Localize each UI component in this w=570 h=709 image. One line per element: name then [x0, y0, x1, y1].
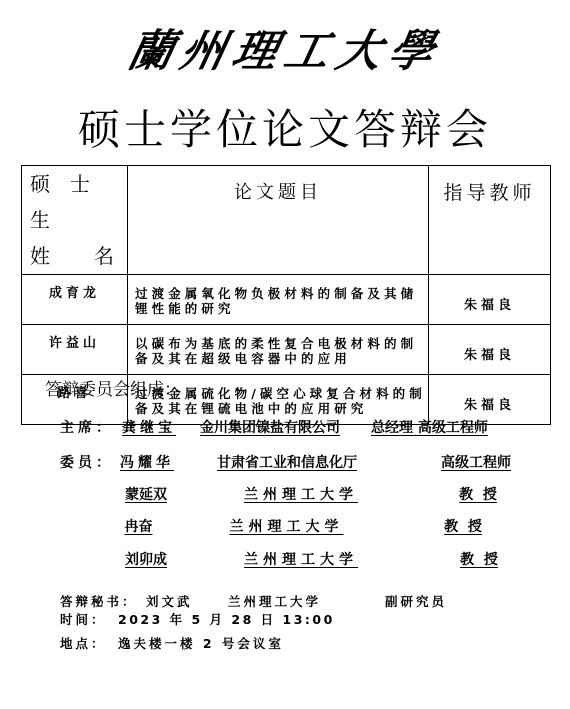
member-name: 刘卯成 [109, 549, 183, 569]
member-title: 教 授 [427, 516, 499, 536]
header-char: 名 [94, 238, 114, 274]
header-char: 生 [30, 208, 70, 232]
thesis-topic: 以碳布为基底的柔性复合电极材料的制备及其在超级电容器中的应用 [128, 325, 429, 375]
table-row: 许益山 以碳布为基底的柔性复合电极材料的制备及其在超级电容器中的应用 朱福良 [22, 325, 551, 375]
table-row: 成育龙 过渡金属氧化物负极材料的制备及其储锂性能的研究 朱福良 [22, 275, 551, 325]
member-name: 蒙延双 [109, 484, 183, 504]
header-char: 士 [70, 172, 110, 196]
member-title: 教 授 [442, 484, 514, 504]
secretary-title: 副研究员 [385, 592, 447, 610]
chair-label: 主席： [60, 417, 114, 437]
chair-org: 金川集团镍盐有限公司 [200, 417, 340, 437]
student-name: 成育龙 [22, 275, 128, 325]
university-logo: 蘭州理工大學 [0, 22, 570, 82]
member-title: 高级工程师 [441, 452, 511, 472]
header-char: 姓 [30, 238, 50, 274]
advisor-name: 朱福良 [429, 325, 551, 375]
member-org: 兰州理工大学 [176, 516, 397, 536]
header-student-name: 硕士生 姓名 [22, 166, 128, 275]
secretary-org: 兰州理工大学 [228, 592, 321, 610]
header-advisor: 指导教师 [429, 166, 551, 275]
table-header-row: 硕士生 姓名 论文题目 指导教师 [22, 166, 551, 275]
secretary-name: 刘文武 [146, 592, 193, 610]
member-name: 冉奋 [109, 516, 168, 536]
header-char: 硕 [30, 172, 70, 196]
member-org: 甘肃省工业和信息化厅 [193, 452, 410, 472]
chair-name: 龚继宝 [112, 417, 186, 437]
member-name: 冯耀华 [112, 452, 182, 472]
header-thesis-topic: 论文题目 [128, 166, 429, 275]
committee-heading: 答辩委员会组成： [45, 375, 181, 400]
page-title: 硕士学位论文答辩会 [0, 100, 570, 160]
member-title: 教 授 [442, 549, 516, 569]
thesis-topic: 过渡金属氧化物负极材料的制备及其储锂性能的研究 [128, 275, 429, 325]
location-value: 逸夫楼一楼 2 号会议室 [118, 634, 284, 652]
members-label: 委员： [60, 452, 114, 472]
location-label: 地点： [60, 634, 107, 652]
time-value: 2023 年 5 月 28 日 13:00 [118, 610, 335, 628]
member-org: 兰州理工大学 [191, 484, 411, 504]
chair-title: 总经理 高级工程师 [371, 417, 488, 437]
student-name: 许益山 [22, 325, 128, 375]
secretary-label: 答辩秘书： [60, 592, 138, 610]
member-org: 兰州理工大学 [191, 549, 411, 569]
time-label: 时间： [60, 610, 107, 628]
advisor-name: 朱福良 [429, 275, 551, 325]
